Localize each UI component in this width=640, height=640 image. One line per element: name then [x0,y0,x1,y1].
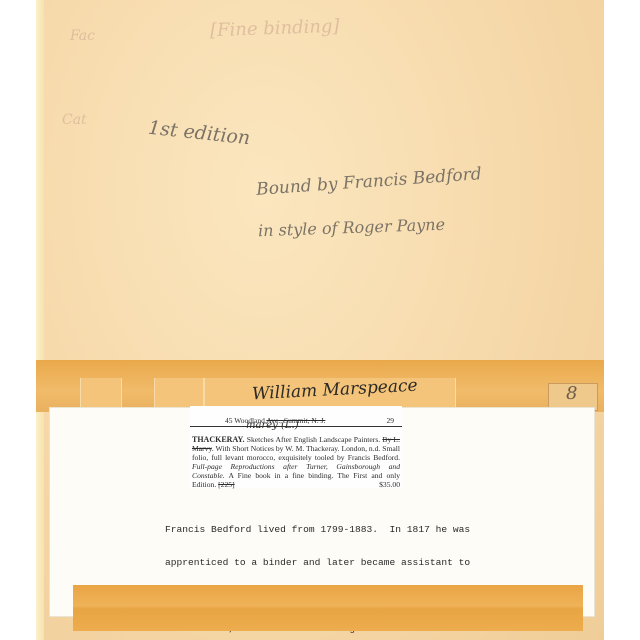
faint-note-left: Fac [70,28,95,44]
catalog-entry: THACKERAY. Sketches After English Landsc… [192,435,400,489]
pencil-number: 8 [566,383,577,404]
tape-bottom [73,585,583,631]
typed-line: Francis Bedford lived from 1799-1883. In… [165,524,585,535]
typed-line: apprenticed to a binder and later became… [165,557,585,568]
entry-text: Sketches After English Landscape Painter… [245,435,383,444]
catalog-page-number: 29 [387,416,395,425]
faint-note-left-2: Cat [62,112,87,128]
catalog-clipping: 45 Woodland Ave., Summit, N. J. 29 THACK… [190,406,402,488]
entry-text: . With Short Notices by W. M. Thackeray.… [192,444,400,462]
entry-heading: THACKERAY. [192,435,245,444]
entry-struck-price: [225] [218,480,234,489]
entry-price: $35.00 [379,480,400,489]
handwritten-correction: marey (L.) [246,420,299,431]
